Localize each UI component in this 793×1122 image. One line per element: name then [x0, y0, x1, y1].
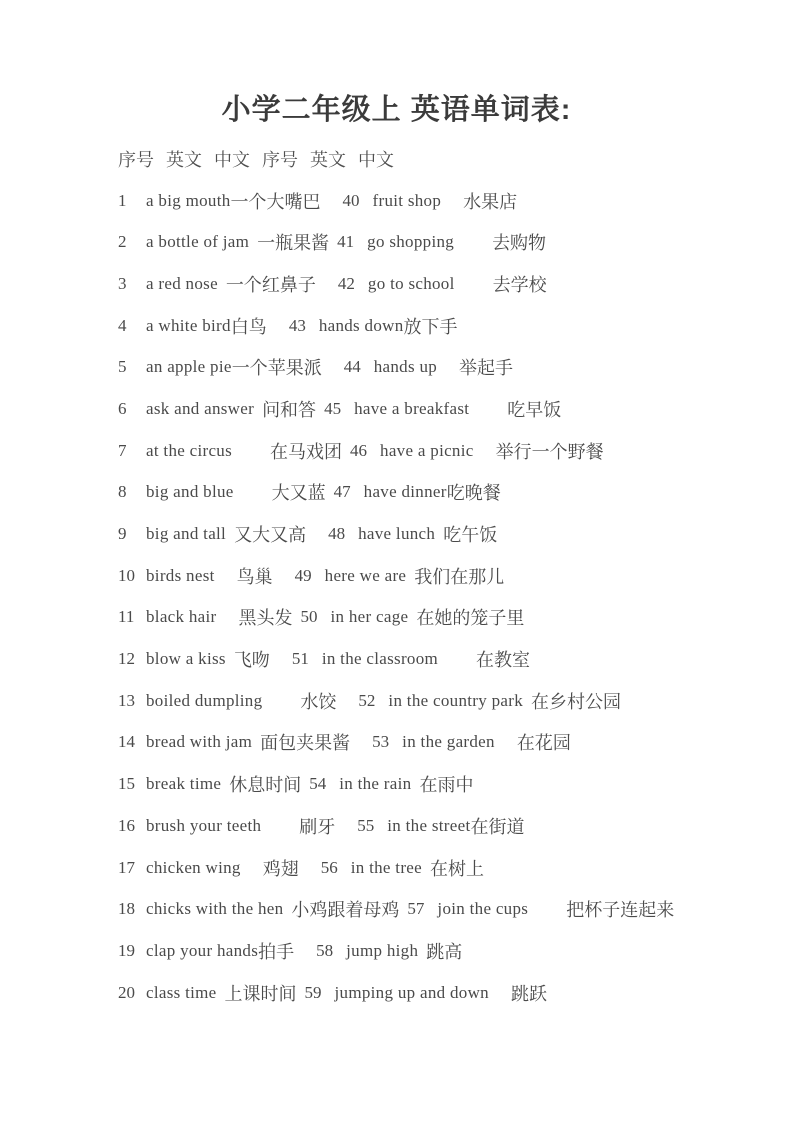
row-number-left: 1	[118, 191, 146, 211]
row-number-left: 10	[118, 566, 146, 586]
chinese-translation-right: 在树上	[430, 855, 484, 881]
row-number-right: 55	[357, 816, 387, 836]
header-chinese-1: 中文	[214, 146, 250, 172]
chinese-translation-left: 一个苹果派	[232, 354, 322, 380]
chinese-translation-right: 我们在那儿	[414, 563, 504, 589]
row-number-left: 3	[118, 274, 146, 294]
row-number-right: 52	[358, 691, 388, 711]
row-number-left: 4	[118, 316, 146, 336]
row-number-right: 44	[344, 357, 374, 377]
header-index-2: 序号	[262, 146, 298, 172]
english-phrase-left: class time	[146, 983, 217, 1003]
row-number-right: 58	[316, 941, 346, 961]
table-body: 1a big mouth一个大嘴巴40fruit shop水果店2a bottl…	[118, 180, 763, 1014]
row-number-right: 47	[334, 482, 364, 502]
row-number-left: 5	[118, 357, 146, 377]
document-page: 小学二年级上 英语单词表: 序号 英文 中文 序号 英文 中文 1a big m…	[0, 0, 793, 1122]
table-row: 17chicken wing鸡翅56in the tree在树上	[118, 847, 763, 889]
english-phrase-left: bread with jam	[146, 732, 252, 752]
table-row: 16brush your teeth刷牙55in the street在街道	[118, 805, 763, 847]
english-phrase-right: in the garden	[402, 732, 495, 752]
chinese-translation-right: 吃晚餐	[447, 479, 501, 505]
header-chinese-2: 中文	[358, 146, 394, 172]
table-row: 4a white bird白鸟43hands down放下手	[118, 305, 763, 347]
table-row: 8big and blue大又蓝47have dinner吃晚餐	[118, 472, 763, 514]
header-english-1: 英文	[166, 146, 202, 172]
table-row: 20class time上课时间59jumping up and down跳跃	[118, 972, 763, 1014]
table-row: 3a red nose一个红鼻子42go to school去学校	[118, 263, 763, 305]
row-number-left: 17	[118, 858, 146, 878]
table-row: 10birds nest鸟巢49here we are我们在那儿	[118, 555, 763, 597]
english-phrase-left: chicken wing	[146, 858, 241, 878]
row-number-right: 50	[301, 607, 331, 627]
row-number-right: 45	[324, 399, 354, 419]
chinese-translation-right: 在她的笼子里	[416, 604, 524, 630]
row-number-left: 15	[118, 774, 146, 794]
english-phrase-left: chicks with the hen	[146, 899, 283, 919]
english-phrase-right: have lunch	[358, 524, 435, 544]
english-phrase-left: a bottle of jam	[146, 232, 249, 252]
chinese-translation-left: 一个大嘴巴	[231, 188, 321, 214]
english-phrase-right: join the cups	[437, 899, 528, 919]
chinese-translation-left: 在马戏团	[270, 438, 342, 464]
english-phrase-left: big and tall	[146, 524, 226, 544]
row-number-right: 43	[289, 316, 319, 336]
table-header-row: 序号 英文 中文 序号 英文 中文	[118, 138, 763, 180]
table-row: 1a big mouth一个大嘴巴40fruit shop水果店	[118, 180, 763, 222]
chinese-translation-right: 水果店	[463, 188, 517, 214]
row-number-right: 53	[372, 732, 402, 752]
chinese-translation-left: 又大又高	[234, 521, 306, 547]
english-phrase-right: hands down	[319, 316, 404, 336]
chinese-translation-left: 鸡翅	[263, 855, 299, 881]
row-number-right: 49	[295, 566, 325, 586]
english-phrase-left: brush your teeth	[146, 816, 261, 836]
chinese-translation-right: 在街道	[471, 813, 525, 839]
row-number-right: 57	[407, 899, 437, 919]
table-row: 12blow a kiss飞吻51in the classroom在教室	[118, 638, 763, 680]
chinese-translation-left: 一瓶果酱	[257, 229, 329, 255]
chinese-translation-left: 拍手	[258, 938, 294, 964]
english-phrase-right: in the tree	[351, 858, 422, 878]
row-number-right: 54	[309, 774, 339, 794]
word-list: 序号 英文 中文 序号 英文 中文 1a big mouth一个大嘴巴40fru…	[0, 138, 793, 1013]
row-number-left: 11	[118, 607, 146, 627]
row-number-left: 8	[118, 482, 146, 502]
row-number-left: 13	[118, 691, 146, 711]
header-index-1: 序号	[118, 146, 154, 172]
table-row: 19clap your hands拍手58jump high跳高	[118, 930, 763, 972]
chinese-translation-left: 面包夹果酱	[260, 729, 350, 755]
row-number-right: 42	[338, 274, 368, 294]
row-number-right: 48	[328, 524, 358, 544]
chinese-translation-right: 吃午饭	[443, 521, 497, 547]
table-row: 5an apple pie一个苹果派44hands up举起手	[118, 346, 763, 388]
english-phrase-right: hands up	[374, 357, 437, 377]
chinese-translation-left: 一个红鼻子	[226, 271, 316, 297]
english-phrase-left: ask and answer	[146, 399, 254, 419]
header-english-2: 英文	[310, 146, 346, 172]
chinese-translation-right: 举行一个野餐	[496, 438, 604, 464]
chinese-translation-left: 飞吻	[234, 646, 270, 672]
english-phrase-left: a white bird	[146, 316, 231, 336]
row-number-left: 18	[118, 899, 146, 919]
table-row: 6ask and answer问和答45have a breakfast吃早饭	[118, 388, 763, 430]
chinese-translation-left: 问和答	[262, 396, 316, 422]
english-phrase-right: in the street	[387, 816, 470, 836]
chinese-translation-right: 跳跃	[511, 980, 547, 1006]
english-phrase-left: black hair	[146, 607, 217, 627]
chinese-translation-right: 在花园	[517, 729, 571, 755]
table-row: 7at the circus在马戏团46have a picnic举行一个野餐	[118, 430, 763, 472]
chinese-translation-left: 水饺	[300, 688, 336, 714]
row-number-left: 19	[118, 941, 146, 961]
chinese-translation-left: 鸟巢	[237, 563, 273, 589]
table-row: 2a bottle of jam一瓶果酱41go shopping去购物	[118, 221, 763, 263]
table-row: 18chicks with the hen小鸡跟着母鸡57join the cu…	[118, 888, 763, 930]
chinese-translation-right: 去学校	[493, 271, 547, 297]
chinese-translation-left: 刷牙	[299, 813, 335, 839]
row-number-left: 12	[118, 649, 146, 669]
row-number-right: 41	[337, 232, 367, 252]
chinese-translation-right: 把杯子连起来	[566, 896, 674, 922]
english-phrase-right: in the rain	[339, 774, 411, 794]
english-phrase-right: in the country park	[388, 691, 523, 711]
table-row: 15break time休息时间54in the rain在雨中	[118, 763, 763, 805]
chinese-translation-left: 小鸡跟着母鸡	[291, 896, 399, 922]
row-number-right: 46	[350, 441, 380, 461]
table-row: 14bread with jam面包夹果酱53in the garden在花园	[118, 722, 763, 764]
chinese-translation-right: 吃早饭	[507, 396, 561, 422]
english-phrase-left: at the circus	[146, 441, 232, 461]
row-number-left: 9	[118, 524, 146, 544]
english-phrase-right: in her cage	[331, 607, 409, 627]
row-number-right: 59	[305, 983, 335, 1003]
table-row: 11black hair黑头发50in her cage在她的笼子里	[118, 597, 763, 639]
english-phrase-left: break time	[146, 774, 221, 794]
english-phrase-left: a big mouth	[146, 191, 231, 211]
row-number-right: 40	[343, 191, 373, 211]
row-number-left: 20	[118, 983, 146, 1003]
chinese-translation-left: 黑头发	[239, 604, 293, 630]
english-phrase-right: go shopping	[367, 232, 454, 252]
english-phrase-right: have dinner	[364, 482, 447, 502]
english-phrase-right: have a picnic	[380, 441, 474, 461]
chinese-translation-right: 跳高	[426, 938, 462, 964]
english-phrase-right: jumping up and down	[335, 983, 489, 1003]
table-row: 13boiled dumpling水饺52in the country park…	[118, 680, 763, 722]
chinese-translation-left: 大又蓝	[272, 479, 326, 505]
english-phrase-right: here we are	[325, 566, 407, 586]
chinese-translation-right: 放下手	[404, 313, 458, 339]
english-phrase-left: clap your hands	[146, 941, 258, 961]
row-number-right: 56	[321, 858, 351, 878]
english-phrase-left: a red nose	[146, 274, 218, 294]
english-phrase-left: boiled dumpling	[146, 691, 262, 711]
chinese-translation-right: 在雨中	[419, 771, 473, 797]
english-phrase-left: birds nest	[146, 566, 215, 586]
english-phrase-right: fruit shop	[373, 191, 442, 211]
chinese-translation-right: 去购物	[492, 229, 546, 255]
row-number-left: 16	[118, 816, 146, 836]
chinese-translation-right: 在乡村公园	[531, 688, 621, 714]
chinese-translation-left: 休息时间	[229, 771, 301, 797]
chinese-translation-left: 上课时间	[225, 980, 297, 1006]
english-phrase-right: go to school	[368, 274, 455, 294]
english-phrase-right: have a breakfast	[354, 399, 469, 419]
row-number-left: 2	[118, 232, 146, 252]
row-number-right: 51	[292, 649, 322, 669]
english-phrase-left: big and blue	[146, 482, 234, 502]
table-row: 9big and tall又大又高48have lunch吃午饭	[118, 513, 763, 555]
chinese-translation-right: 在教室	[476, 646, 530, 672]
chinese-translation-right: 举起手	[459, 354, 513, 380]
page-title: 小学二年级上 英语单词表:	[0, 0, 793, 128]
english-phrase-right: jump high	[346, 941, 418, 961]
chinese-translation-left: 白鸟	[231, 313, 267, 339]
english-phrase-right: in the classroom	[322, 649, 438, 669]
english-phrase-left: an apple pie	[146, 357, 232, 377]
row-number-left: 7	[118, 441, 146, 461]
row-number-left: 6	[118, 399, 146, 419]
english-phrase-left: blow a kiss	[146, 649, 226, 669]
row-number-left: 14	[118, 732, 146, 752]
